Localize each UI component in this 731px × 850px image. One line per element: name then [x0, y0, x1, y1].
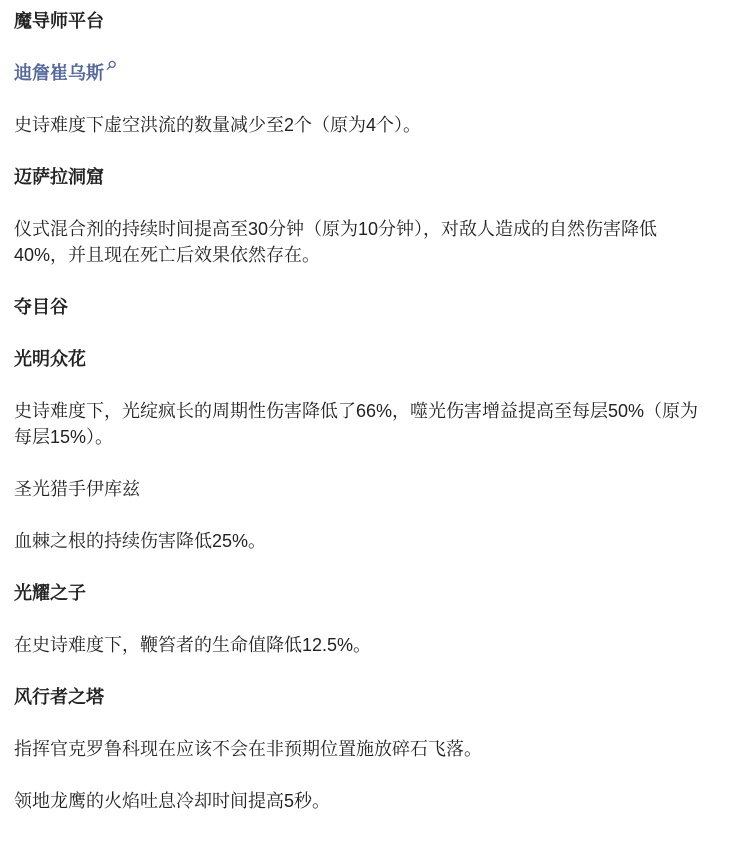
patch-note-lasher: 在史诗难度下，鞭笞者的生命值降低12.5%。 — [14, 632, 717, 658]
subheading-lighthunter-ikuz: 圣光猎手伊库兹 — [14, 476, 717, 502]
section-heading-scion-of-radiance: 光耀之子 — [14, 580, 717, 606]
search-icon — [105, 60, 117, 72]
section-heading-windrunner-spire: 风行者之塔 — [14, 684, 717, 710]
section-heading-magisters-terrace: 魔导师平台 — [14, 8, 717, 34]
section-heading-dazzling-valley: 夺目谷 — [14, 294, 717, 320]
patch-note-ritual-mixture: 仪式混合剂的持续时间提高至30分钟（原为10分钟），对敌人造成的自然伤害降低 4… — [14, 216, 717, 268]
section-heading-bright-blossoms: 光明众花 — [14, 346, 717, 372]
section-heading-mysala-cavern: 迈萨拉洞窟 — [14, 164, 717, 190]
boss-link-row: 迪詹崔乌斯 — [14, 60, 717, 86]
patch-note-dragonhawk: 领地龙鹰的火焰吐息冷却时间提高5秒。 — [14, 788, 717, 814]
patch-note-void-torrent: 史诗难度下虚空洪流的数量减少至2个（原为4个）。 — [14, 112, 717, 138]
patch-note-commander-krolusk: 指挥官克罗鲁科现在应该不会在非预期位置施放碎石飞落。 — [14, 736, 717, 762]
patch-note-lightbloom: 史诗难度下，光绽疯长的周期性伤害降低了66%，噬光伤害增益提高至每层50%（原为… — [14, 398, 717, 450]
boss-link-label: 迪詹崔乌斯 — [14, 63, 104, 83]
boss-link-dejantrius[interactable]: 迪詹崔乌斯 — [14, 63, 117, 83]
patch-note-bloodthorn-root: 血棘之根的持续伤害降低25%。 — [14, 528, 717, 554]
patch-notes-article: 魔导师平台 迪詹崔乌斯 史诗难度下虚空洪流的数量减少至2个（原为4个）。 迈萨拉… — [14, 8, 717, 814]
